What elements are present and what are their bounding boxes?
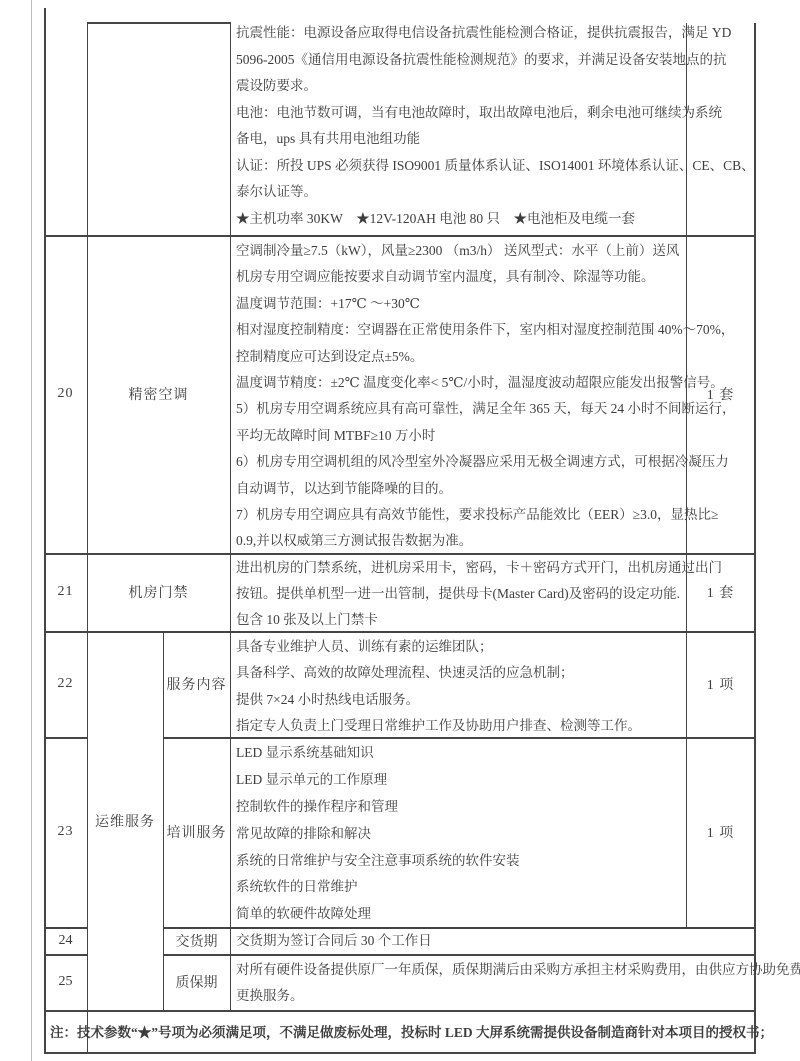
spec-line: 0.9,并以权威第三方测试报告数据为准。 (236, 528, 683, 554)
spec-cell-warranty: 对所有硬件设备提供原厂一年质保，质保期满后由采购方承担主材采购费用，由供应方协助… (236, 957, 748, 1010)
qty-value: 1 套 (686, 235, 755, 553)
spec-line: 自动调节，以达到节能降噪的目的。 (236, 476, 683, 502)
spec-cell-aircon: 空调制冷量≥7.5（kW），风量≥2300 （m3/h） 送风型式：水平（上前）… (236, 238, 683, 555)
spec-line: 指定专人负责上门受理日常维护工作及协助用户排查、检测等工作。 (236, 713, 683, 740)
row-number: 21 (44, 553, 87, 631)
note-text: 注：技术参数“★”号项为必须满足项，不满足做废标处理，投标时 LED 大屏系统需… (44, 1010, 755, 1052)
row-number: 25 (44, 954, 87, 1010)
spec-line: 更换服务。 (236, 983, 748, 1010)
item-subname: 质保期 (163, 954, 230, 1010)
spec-line: 6）机房专用空调机组的风冷型室外冷凝器应采用无极全调速方式，可根据冷凝压力 (236, 449, 683, 475)
spec-line: 温度调节范围：+17℃ ～+30℃ (236, 291, 683, 317)
spec-line: 认证：所投 UPS 必须获得 ISO9001 质量体系认证、ISO14001 环… (236, 153, 683, 180)
spec-line: 具备专业维护人员、训练有素的运维团队； (236, 634, 683, 661)
item-subname: 培训服务 (163, 737, 230, 927)
spec-line: 空调制冷量≥7.5（kW），风量≥2300 （m3/h） 送风型式：水平（上前）… (236, 238, 683, 264)
row-number: 20 (44, 235, 87, 553)
spec-line: 简单的软硬件故障处理 (236, 901, 683, 928)
spec-cell-access: 进出机房的门禁系统，进机房采用卡，密码，卡＋密码方式开门，出机房通过出门 按钮。… (236, 555, 683, 633)
spec-line: 控制软件的操作程序和管理 (236, 794, 683, 821)
spec-line: 5096-2005《通信用电源设备抗震性能检测规范》的要求，并满足设备安装地点的… (236, 47, 683, 74)
spec-cell-service: 具备专业维护人员、训练有素的运维团队； 具备科学、高效的故障处理流程、快速灵活的… (236, 634, 683, 740)
item-subname: 服务内容 (163, 631, 230, 737)
spec-line: 系统软件的日常维护 (236, 874, 683, 901)
spec-line: 机房专用空调应能按要求自动调节室内温度，具有制冷、除湿等功能。 (236, 264, 683, 290)
spec-line: 提供 7×24 小时热线电话服务。 (236, 687, 683, 714)
spec-line: 包含 10 张及以上门禁卡 (236, 607, 683, 633)
spec-line-starred: ★主机功率 30KW ★12V-120AH 电池 80 只 ★电池柜及电缆一套 (236, 206, 683, 233)
item-name: 精密空调 (87, 235, 230, 553)
table-border-top-namecell (87, 22, 232, 24)
spec-cell-training: LED 显示系统基础知识 LED 显示单元的工作原理 控制软件的操作程序和管理 … (236, 740, 683, 928)
spec-line: 系统的日常维护与安全注意事项系统的软件安装 (236, 848, 683, 875)
spec-table-page: 抗震性能：电源设备应取得电信设备抗震性能检测合格证，提供抗震报告，满足 YD 5… (0, 0, 800, 1061)
item-name: 机房门禁 (87, 553, 230, 631)
spec-line: 按钮。提供单机型一进一出管制，提供母卡(Master Card)及密码的设定功能… (236, 581, 683, 607)
spec-line: 常见故障的排除和解决 (236, 821, 683, 848)
table-border-row25-top-b (163, 954, 756, 956)
spec-line: 进出机房的门禁系统，进机房采用卡，密码，卡＋密码方式开门，出机房通过出门 (236, 555, 683, 581)
spec-line: 震设防要求。 (236, 73, 683, 100)
spec-line: 7）机房专用空调应具有高效节能性，要求投标产品能效比（EER）≥3.0，显热比≥ (236, 502, 683, 528)
spec-line: 相对湿度控制精度：空调器在正常使用条件下，室内相对湿度控制范围 40%～70%， (236, 317, 683, 343)
row-number: 23 (44, 737, 87, 927)
spec-line: 电池：电池节数可调，当有电池故障时，取出故障电池后，剩余电池可继续为系统 (236, 100, 683, 127)
spec-cell-delivery: 交货期为签订合同后 30 个工作日 (236, 927, 683, 954)
spec-line: 控制精度应可达到设定点±5%。 (236, 344, 683, 370)
row-number: 24 (44, 927, 87, 954)
spec-line: LED 显示系统基础知识 (236, 740, 683, 767)
spec-line: 具备科学、高效的故障处理流程、快速灵活的应急机制； (236, 660, 683, 687)
item-subname: 交货期 (163, 927, 230, 954)
row-number: 22 (44, 631, 87, 737)
qty-value: 1 套 (686, 553, 755, 631)
spec-line: 备电，ups 具有共用电池组功能 (236, 126, 683, 153)
qty-value: 1 项 (686, 631, 755, 737)
spec-line: 交货期为签订合同后 30 个工作日 (236, 927, 683, 954)
qty-value: 1 项 (686, 737, 755, 927)
spec-cell-ups: 抗震性能：电源设备应取得电信设备抗震性能检测合格证，提供抗震报告，满足 YD 5… (236, 20, 683, 232)
spec-line: 泰尔认证等。 (236, 179, 683, 206)
page-edge-line (31, 0, 32, 1061)
spec-line: 5）机房专用空调系统应具有高可靠性，满足全年 365 天，每天 24 小时不间断… (236, 396, 683, 422)
spec-line: LED 显示单元的工作原理 (236, 767, 683, 794)
spec-line: 对所有硬件设备提供原厂一年质保，质保期满后由采购方承担主材采购费用，由供应方协助… (236, 957, 748, 984)
spec-line: 平均无故障时间 MTBF≥10 万小时 (236, 423, 683, 449)
spec-line: 抗震性能：电源设备应取得电信设备抗震性能检测合格证，提供抗震报告，满足 YD (236, 20, 683, 47)
item-group-name: 运维服务 (87, 631, 163, 1010)
spec-line: 温度调节精度：±2℃ 温度变化率< 5℃/小时，温湿度波动超限应能发出报警信号。 (236, 370, 683, 396)
